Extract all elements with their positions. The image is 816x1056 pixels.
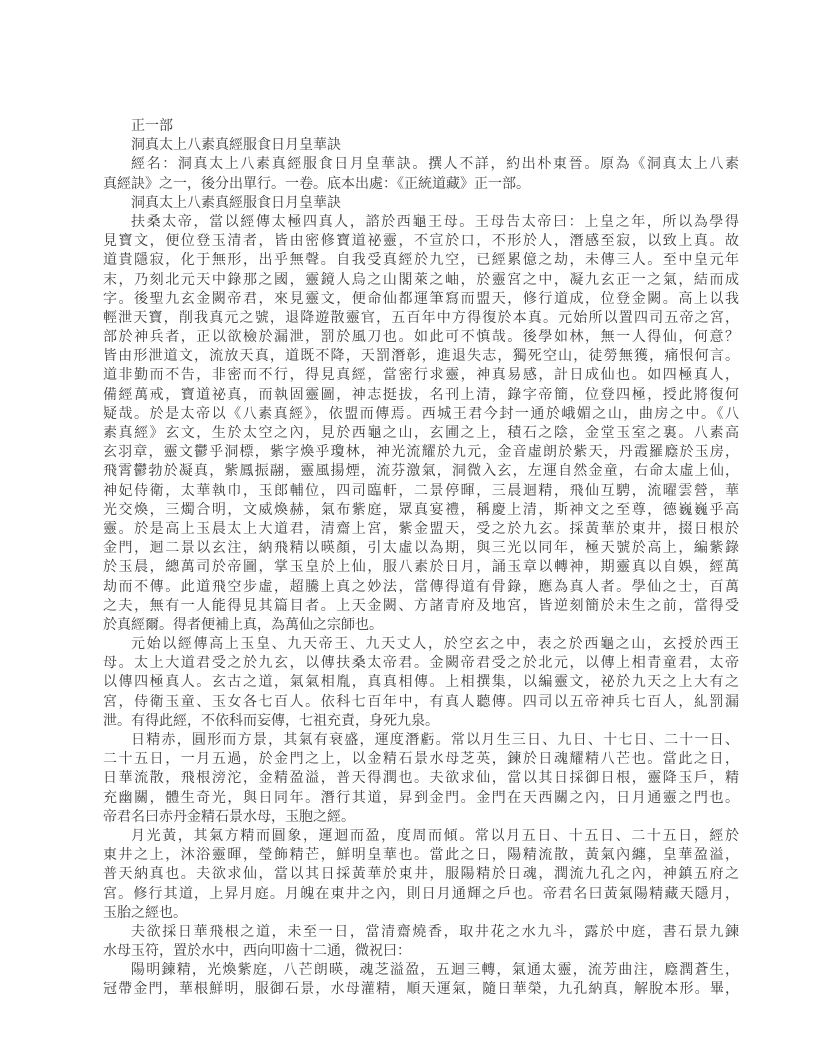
document-page: 正一部洞真太上八素真經服食日月皇華訣經名：洞真太上八素真經服食日月皇華訣。撰人不…	[0, 0, 816, 1056]
body-line: 陽明鍊精，光煥紫庭，八芒朗暎，魂芝溢盈，五迴三轉，氣通太靈，流芳曲注，廕潤蒼生，	[103, 961, 739, 980]
colophon-line: 經名：洞真太上八素真經服食日月皇華訣。撰人不詳，約出朴東晉。原為《洞真太上八素	[103, 155, 739, 174]
document-title: 洞真太上八素真經服食日月皇華訣	[103, 136, 739, 155]
body-line: 宮。修行其道，上昇月庭。月魄在東井之內，則日月通輝之戶也。帝君名曰黃氣陽精藏天隱…	[103, 885, 739, 904]
body-line: 二十五日，一月五過，於金門之上，以金精石景水母芝英，鍊於日魂耀精八芒也。當此之日…	[103, 750, 739, 769]
body-line: 飛霄鬱勃於凝真，紫鳳振翮，靈風揚煙，流芬激氣，洞微入玄，左運自然金童，右命太虛上…	[103, 462, 739, 481]
body-line: 夫欲採日華飛根之道，未至一日，當清齋燒香，取井花之水九斗，露於中庭，書石景九鍊	[103, 923, 739, 942]
body-line: 玄羽章，靈文鬱乎洞標，紫字煥乎瓊林，神光流耀於九元，金音虛朗於紫天，丹霞羅廕於玉…	[103, 443, 739, 462]
body-line: 泄。有得此經，不依科而妄傳，七祖充責，身死九泉。	[103, 712, 739, 731]
body-line: 元始以經傳高上玉皇、九天帝王、九天丈人，於空玄之中，表之於西龜之山，玄授於西王	[103, 635, 739, 654]
body-line: 於真經爾。得者便補上真，為萬仙之宗師也。	[103, 616, 739, 635]
body-line: 東井之上，沐浴靈暉，瑩飾精芒，鮮明皇華也。當此之日，陽精流散，黃氣內纏，皇華盈溢…	[103, 846, 739, 865]
body-line: 道非勤而不告，非密而不行，得見真經，當密行求靈，神真易感，計日成仙也。如四極真人…	[103, 366, 739, 385]
body-line: 末，乃刻北元天中錄那之國，靈鏡人烏之山閣萊之岫，於靈宮之中，凝九玄正一之氣，結而…	[103, 271, 739, 290]
body-line: 光交煥，三燭合明，文威煥赫，氣布紫庭，眾真宴禮，稱慶上清，斯神文之至尊，德巍巍乎…	[103, 501, 739, 520]
body-line: 部於神兵者，正以欲檢於漏泄，罰於風刀也。如此可不慎哉。後學如林，無一人得仙，何意…	[103, 328, 739, 347]
body-line: 以傳四極真人。玄古之道，氣氣相胤，真真相傳。上相撰集，以編靈文，祕於九天之上大有…	[103, 673, 739, 692]
body-line: 扶桑太帝，當以經傳太極四真人，諮於西龜王母。王母告太帝曰：上皇之年，所以為學得	[103, 213, 739, 232]
body-line: 字。後聖九玄金闕帝君，來見靈文，便命仙都運筆寫而盟天，修行道成，位登金闕。高上以…	[103, 290, 739, 309]
text-block: 正一部洞真太上八素真經服食日月皇華訣經名：洞真太上八素真經服食日月皇華訣。撰人不…	[103, 117, 739, 1000]
document-title-repeat: 洞真太上八素真經服食日月皇華訣	[103, 194, 739, 213]
body-line: 帝君名曰赤丹金精石景水母，玉胞之經。	[103, 808, 739, 827]
body-line: 皆由形泄道文，流放天真，道既不降，天罰潛彰，進退失志，獨死空山，徒勞無獲，痛恨何…	[103, 347, 739, 366]
body-line: 日華流散，飛根滂沱，金精盈溢，普天得潤也。夫欲求仙，當以其日採御日根，靈降玉戶，…	[103, 769, 739, 788]
body-line: 玉胎之經也。	[103, 904, 739, 923]
body-line: 素真經》玄文，生於太空之內，見於西龜之山，玄圃之上，積石之陰，金堂玉室之裏。八素…	[103, 424, 739, 443]
body-line: 冠帶金門，華根鮮明，服御石景，水母灌精，順天運氣，隨日華榮，九孔納真，解脫本形。…	[103, 980, 739, 999]
body-line: 道貴隱寂，化于無形，出乎無聲。自我受真經於九空，已經累億之劫，未傳三人。至中皇元…	[103, 251, 739, 270]
body-line: 宮，侍衛玉童、玉女各七百人。依科七百年中，有真人聽傳。四司以五帝神兵七百人，糺罰…	[103, 693, 739, 712]
body-line: 見寶文，便位登玉清者，皆由密修寶道祕靈，不宣於口，不形於人，潛感至寂，以致上真。…	[103, 232, 739, 251]
body-line: 金門，迴二景以玄注，納飛精以暎顏，引太虛以為期，與三光以同年，極天號於高上，編紫…	[103, 539, 739, 558]
body-line: 備經萬戒，寶道祕真，而執固靈圖，神志挺拔，名刊上清，錄字帝簡，位登四極，授此將復…	[103, 386, 739, 405]
body-line: 水母玉符，置於水中，西向叩齒十二通，微祝曰：	[103, 942, 739, 961]
body-line: 之夫，無有一人能得見其篇目者。上天金闕、方諸青府及地宮，皆逆刻簡於未生之前，當得…	[103, 597, 739, 616]
body-line: 輕泄天寶，削我真元之號，退降遊散靈官，五百年中方得復於本真。元始所以置四司五帝之…	[103, 309, 739, 328]
body-line: 靈。於是高上玉晨太上大道君，清齋上宮，紫金盟天，受之於九玄。採黃華於東井，掇日根…	[103, 520, 739, 539]
body-line: 疑哉。於是太帝以《八素真經》，依盟而傳焉。西城王君今封一通於峨媚之山，曲房之中。…	[103, 405, 739, 424]
body-line: 於玉晨，總萬司於帝圖，掌玉皇於上仙，服八素於日月，誦玉章以轉神，期靈真以自娛，經…	[103, 558, 739, 577]
body-line: 月光黃，其氣方精而圓象，運迴而盈，度周而傾。常以月五日、十五日、二十五日，經於	[103, 827, 739, 846]
section-label: 正一部	[103, 117, 739, 136]
colophon-line: 真經訣》之一，後分出單行。一卷。底本出處：《正統道藏》正一部。	[103, 175, 739, 194]
body-line: 神妃侍衛，太華執巾，玉郎輔位，四司臨軒，二景停暉，三晨迴精，飛仙互騁，流曜雲營，…	[103, 482, 739, 501]
body-line: 充幽關，體生奇光，與日同年。潛行其道，昇到金門。金門在天西關之內，日月通靈之門也…	[103, 789, 739, 808]
body-line: 母。太上大道君受之於九玄，以傳扶桑太帝君。金闕帝君受之於北元，以傳上相青童君，太…	[103, 654, 739, 673]
body-line: 日精赤，圓形而方景，其氣有衰盛，運度潛虧。常以月生三日、九日、十七日、二十一日、	[103, 731, 739, 750]
body-line: 劫而不傳。此道飛空步虛，超騰上真之妙法，當傳得道有骨錄，應為真人者。學仙之士，百…	[103, 578, 739, 597]
body-line: 普天納真也。夫欲求仙，當以其日採黃華於東井，服陽精於日魂，潤流九孔之內，神鎮五府…	[103, 865, 739, 884]
